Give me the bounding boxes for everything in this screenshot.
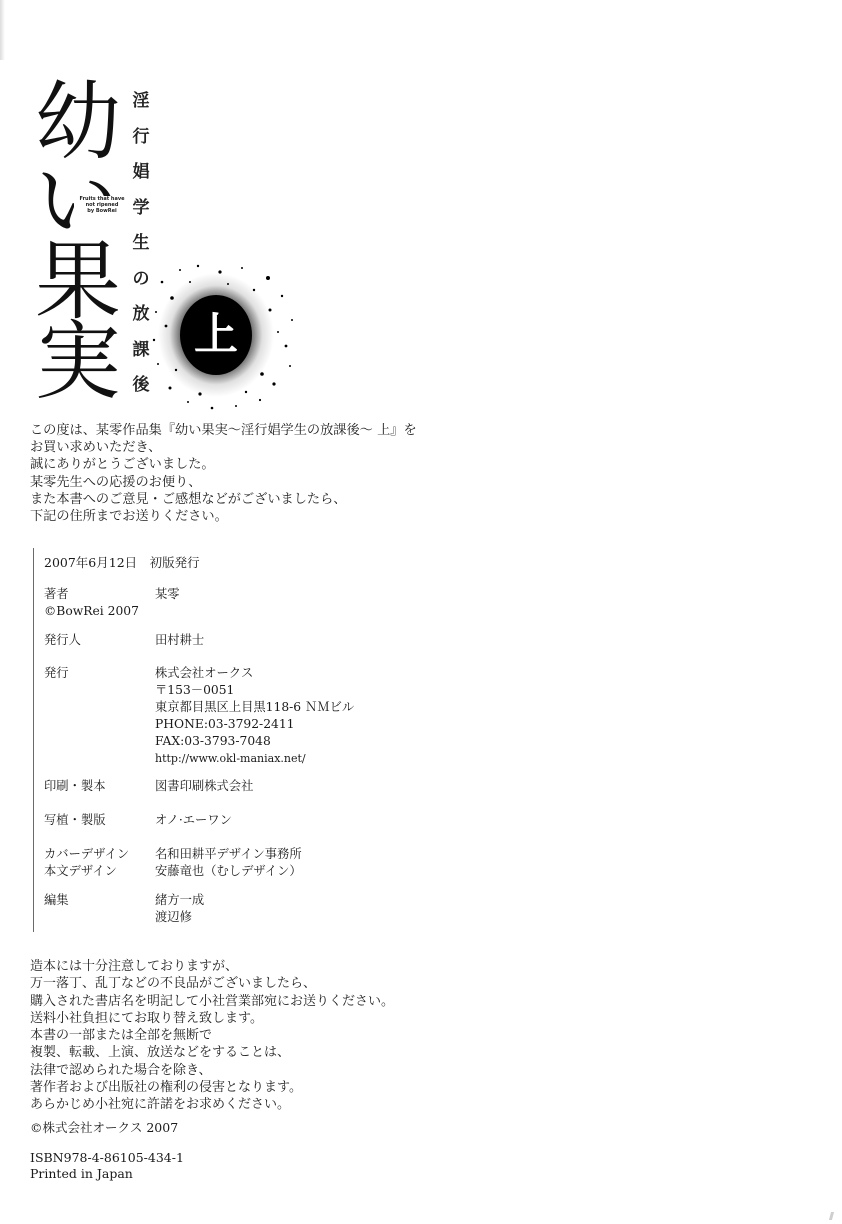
subtitle-char: の (133, 262, 150, 298)
notice-line: 本書の一部または全部を無断で (30, 1027, 450, 1044)
value-line: 某零 (155, 586, 180, 603)
title-char: 幼 (35, 82, 121, 162)
value-line: 渡辺修 (155, 909, 204, 926)
value-line: オノ·エーワン (155, 812, 232, 829)
english-tagline: Fruits that have not ripened by BowRei (74, 196, 130, 214)
subtitle-char: 娼 (133, 155, 150, 191)
message-line: 誠にありがとうございました。 (30, 456, 450, 473)
label-line: 写植・製版 (44, 812, 154, 829)
scan-artifact (829, 1212, 834, 1220)
copyright-line: ©株式会社オークス 2007 (30, 1118, 178, 1136)
title-char: 実 (35, 322, 121, 402)
isbn: ISBN978-4-86105-434-1 (30, 1150, 184, 1166)
subtitle-char: 行 (133, 120, 150, 156)
value-line: 名和田耕平デザイン事務所 (155, 846, 302, 863)
row-value: 株式会社オークス 〒153－0051 東京都目黒区上目黒118-6 ＮＭビル P… (155, 665, 354, 767)
row-value: 緒方一成 渡辺修 (155, 892, 204, 926)
message-line: お買い求めいただき、 (30, 439, 450, 456)
notice-line: 造本には十分注意しておりますが、 (30, 958, 450, 975)
row-label: 編集 (44, 892, 154, 909)
scan-edge-shadow (0, 0, 5, 60)
row-label: 写植・製版 (44, 812, 154, 829)
value-line: FAX:03-3793-7048 (155, 733, 354, 750)
isbn-block: ISBN978-4-86105-434-1 Printed in Japan (30, 1150, 184, 1182)
subtitle-char: 後 (133, 368, 150, 404)
label-line: 発行 (44, 665, 154, 682)
message-line: この度は、某零作品集『幼い果実～淫行娼学生の放課後～ 上』を (30, 422, 450, 439)
row-label: カバーデザイン 本文デザイン (44, 846, 154, 880)
row-value: 名和田耕平デザイン事務所 安藤竜也（むしデザイン） (155, 846, 302, 880)
notice-line: 複製、転載、上演、放送などをすることは、 (30, 1044, 450, 1061)
value-line: 緒方一成 (155, 892, 204, 909)
message-line: 下記の住所までお送りください。 (30, 508, 450, 525)
tagline-line: by BowRei (74, 208, 130, 214)
notice-line: 購入された書店名を明記して小社営業部宛にお送りください。 (30, 993, 450, 1010)
row-label: 印刷・製本 (44, 778, 154, 795)
thank-you-message: この度は、某零作品集『幼い果実～淫行娼学生の放課後～ 上』を お買い求めいただき… (30, 422, 450, 525)
label-line: 印刷・製本 (44, 778, 154, 795)
notice-line: 法律で認められた場合を除き、 (30, 1062, 450, 1079)
label-line: 発行人 (44, 632, 154, 649)
printed-in: Printed in Japan (30, 1166, 184, 1182)
message-line: また本書へのご意見・ご感想などがございましたら、 (30, 491, 450, 508)
row-label: 発行 (44, 665, 154, 682)
row-value: 田村耕士 (155, 632, 204, 649)
notice-line: 万一落丁、乱丁などの不良品がございましたら、 (30, 975, 450, 992)
colophon-block: 2007年6月12日 初版発行 著者 ©BowRei 2007 某零 発行人 田… (33, 548, 414, 932)
subtitle-char: 学 (133, 191, 150, 227)
first-edition-date: 2007年6月12日 初版発行 (44, 553, 200, 571)
message-line: 某零先生への応援のお便り、 (30, 474, 450, 491)
row-value: 図書印刷株式会社 (155, 778, 253, 795)
row-label: 発行人 (44, 632, 154, 649)
value-line: 安藤竜也（むしデザイン） (155, 863, 302, 880)
value-line: 東京都目黒区上目黒118-6 ＮＭビル (155, 699, 354, 716)
subtitle-char: 淫 (133, 84, 150, 120)
notice-line: 著作者および出版社の権利の侵害となります。 (30, 1079, 450, 1096)
subtitle-char: 課 (133, 333, 150, 369)
label-line: 本文デザイン (44, 863, 154, 880)
value-line: 田村耕士 (155, 632, 204, 649)
row-label: 著者 ©BowRei 2007 (44, 586, 154, 620)
label-line: 著者 (44, 586, 154, 603)
title-char: 果 (35, 242, 121, 322)
value-line: PHONE:03-3792-2411 (155, 716, 354, 733)
subtitle-char: 生 (133, 226, 150, 262)
value-line: 株式会社オークス (155, 665, 354, 682)
volume-mark: 上 (186, 305, 246, 365)
notice-line: 送料小社負担にてお取り替え致します。 (30, 1010, 450, 1027)
row-value: オノ·エーワン (155, 812, 232, 829)
colophon-page: 幼 い 果 実 Fruits that have not ripened by … (0, 0, 842, 1224)
publisher-url[interactable]: http://www.okl-maniax.net/ (155, 750, 354, 767)
value-line: 〒153－0051 (155, 682, 354, 699)
book-title: 幼 い 果 実 (28, 82, 128, 402)
subtitle-char: 放 (133, 297, 150, 333)
value-line: 図書印刷株式会社 (155, 778, 253, 795)
label-line: ©BowRei 2007 (44, 603, 154, 620)
label-line: 編集 (44, 892, 154, 909)
row-value: 某零 (155, 586, 180, 603)
notice-line: あらかじめ小社宛に許諾をお求めください。 (30, 1096, 450, 1113)
legal-notice: 造本には十分注意しておりますが、 万一落丁、乱丁などの不良品がございましたら、 … (30, 958, 450, 1114)
label-line: カバーデザイン (44, 846, 154, 863)
